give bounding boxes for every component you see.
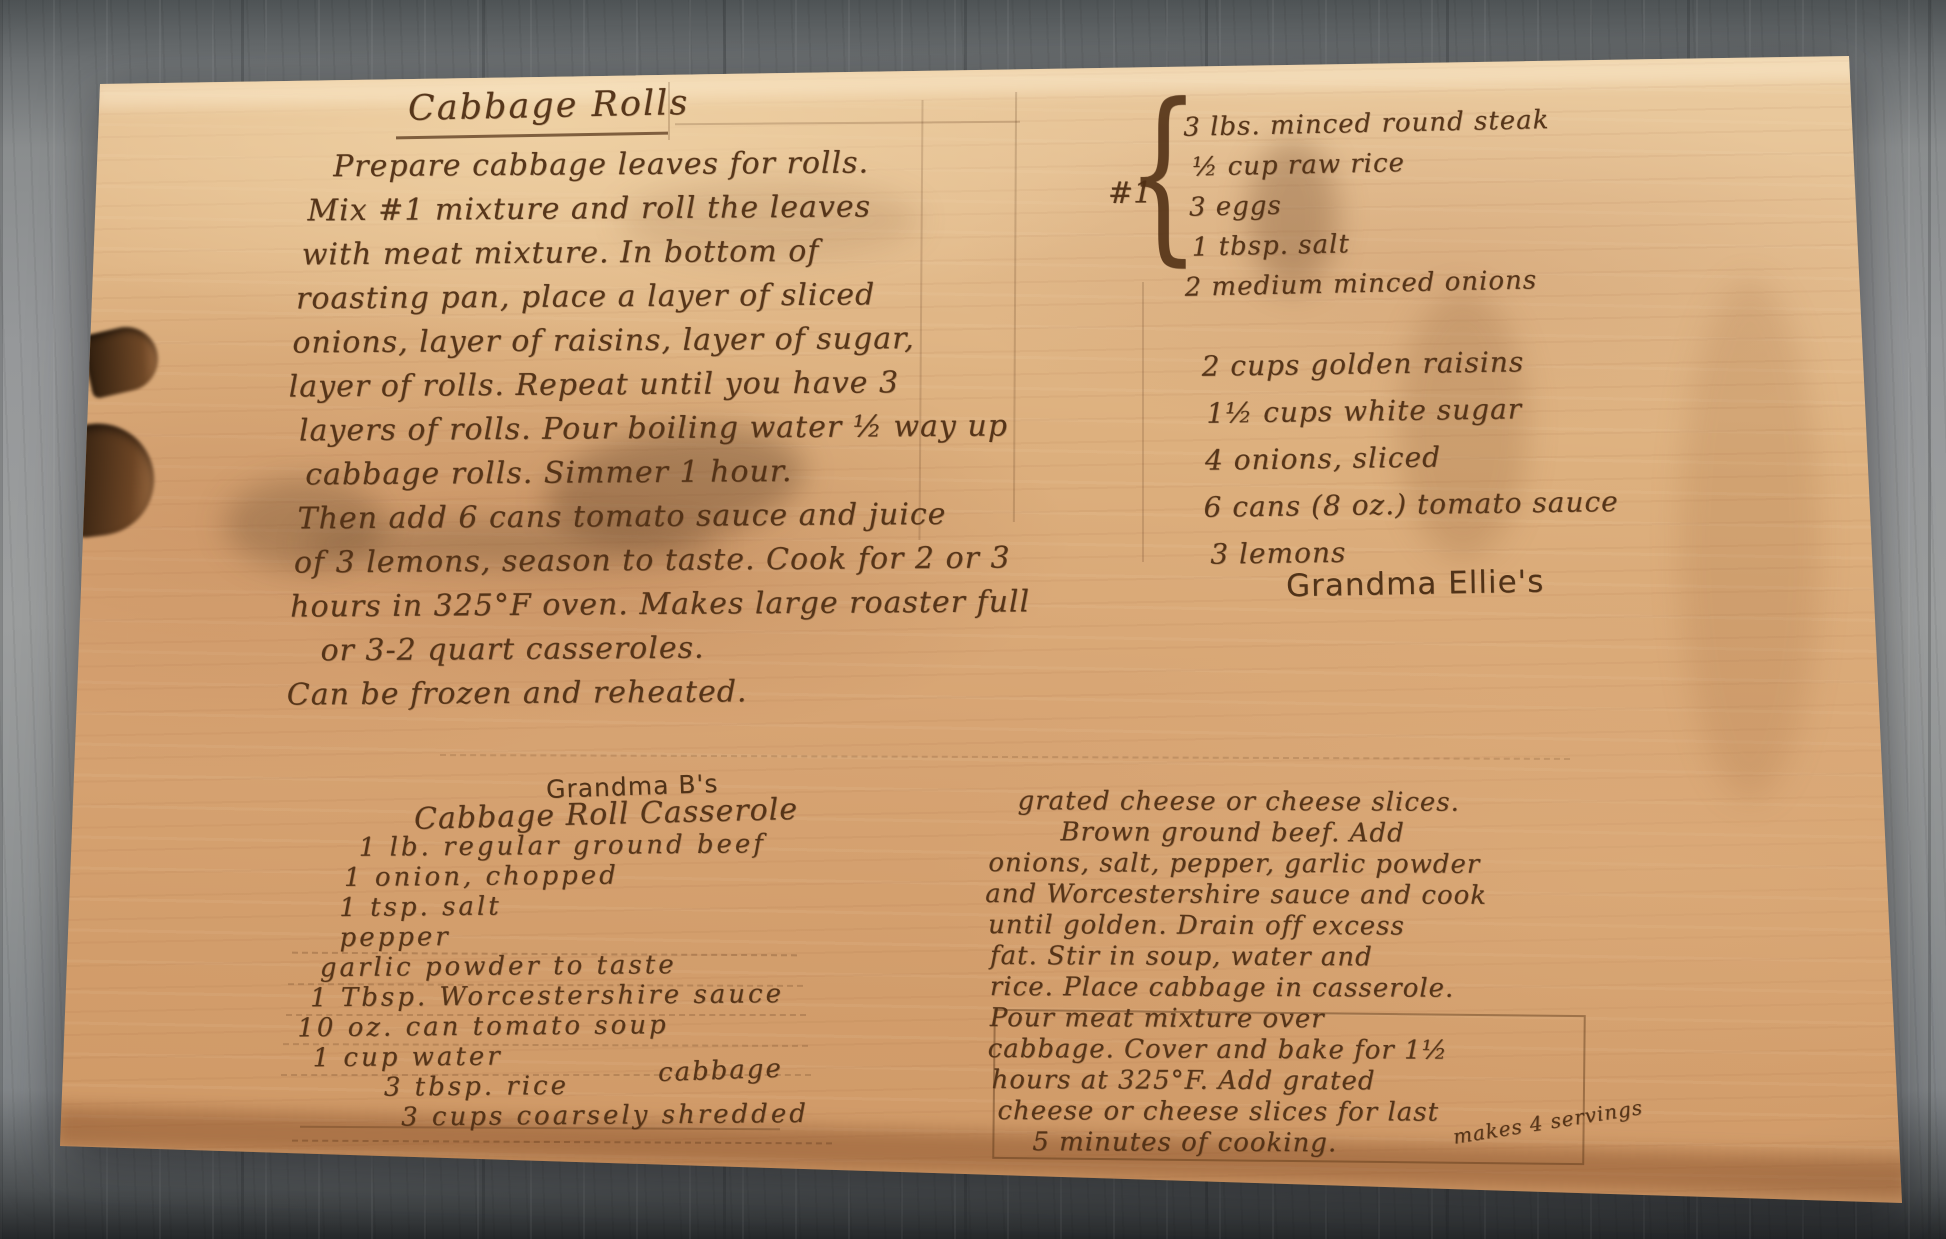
- card-divider-line: [440, 754, 1570, 760]
- recipe-instructions: Prepare cabbage leaves for rolls. Mix #1…: [295, 140, 1031, 717]
- instruction-line: onions, salt, pepper, garlic powder: [988, 848, 1487, 881]
- ingredient-line: 6 cans (8 oz.) tomato sauce: [1203, 478, 1619, 531]
- instruction-line: until golden. Drain off excess: [988, 910, 1487, 943]
- instruction-line: or 3-2 quart casseroles.: [320, 624, 1030, 673]
- instruction-line: Can be frozen and reheated.: [287, 668, 1031, 717]
- instruction-line: Then add 6 cans tomato sauce and juice: [297, 492, 1029, 541]
- board-top-edge-highlight: [92, 54, 1862, 108]
- instruction-line: of 3 lemons, season to taste. Cook for 2…: [294, 536, 1030, 585]
- ingredient-line: 4 onions, sliced: [1205, 431, 1619, 484]
- instruction-line: layers of rolls. Pour boiling water ½ wa…: [299, 404, 1029, 453]
- ingredient-line: 1 tsp. salt: [339, 889, 807, 923]
- instruction-line: and Worcestershire sauce and cook: [985, 879, 1487, 912]
- instruction-line: grated cheese or cheese slices.: [1018, 786, 1488, 819]
- meat-mixture-ingredients: 3 lbs. minced round steak ½ cup raw rice…: [1183, 100, 1553, 308]
- ingredient-line: 1½ cups white sugar: [1206, 384, 1618, 437]
- ingredient-line: pepper: [339, 919, 807, 953]
- instruction-line: Mix #1 mixture and roll the leaves: [307, 184, 1027, 233]
- casserole-ingredients: 1 lb. regular ground beef 1 onion, chopp…: [351, 829, 809, 1133]
- title-underline: [396, 132, 668, 140]
- ingredient-line: 2 medium minced onions: [1184, 260, 1553, 308]
- instruction-line: roasting pan, place a layer of sliced: [296, 272, 1028, 321]
- instruction-line: onions, layer of raisins, layer of sugar…: [292, 316, 1028, 365]
- instruction-line: with meat mixture. In bottom of: [302, 228, 1028, 277]
- sauce-ingredients: 2 cups golden raisins 1½ cups white suga…: [1201, 337, 1619, 578]
- instruction-line: cabbage rolls. Simmer 1 hour.: [305, 448, 1029, 497]
- card-edge-line: [1142, 282, 1144, 562]
- ingredient-note-cabbage: cabbage: [658, 1054, 784, 1088]
- instruction-line: layer of rolls. Repeat until you have 3: [289, 360, 1029, 409]
- ingredient-line: 1 onion, chopped: [344, 859, 807, 893]
- instruction-line: Brown ground beef. Add: [1060, 817, 1487, 849]
- recipe-title: Cabbage Rolls: [408, 83, 690, 129]
- card-top-line: [675, 121, 1020, 125]
- instruction-line: Prepare cabbage leaves for rolls.: [333, 140, 1027, 189]
- signature-grandma-ellies: Grandma Ellie's: [1286, 564, 1545, 605]
- cutting-board-shadow: Cabbage Rolls Prepare cabbage leaves for…: [0, 0, 1946, 1239]
- ingredient-line: 1 lb. regular ground beef: [359, 829, 807, 863]
- card-rule-line: [286, 1014, 806, 1016]
- cutting-board: Cabbage Rolls Prepare cabbage leaves for…: [0, 0, 1946, 1239]
- photo-recipe-cutting-board: Cabbage Rolls Prepare cabbage leaves for…: [0, 0, 1946, 1239]
- instruction-line: rice. Place cabbage in casserole.: [990, 972, 1487, 1005]
- instruction-line: fat. Stir in soup, water and: [990, 941, 1487, 974]
- card-rule-line: [281, 1074, 811, 1076]
- instruction-line: hours in 325°F oven. Makes large roaster…: [290, 580, 1030, 629]
- handle-notch-upper: [80, 321, 165, 400]
- ingredient-line: 2 cups golden raisins: [1201, 337, 1617, 390]
- handle-notch-lower: [61, 417, 160, 539]
- wood-stain: [1680, 280, 1820, 800]
